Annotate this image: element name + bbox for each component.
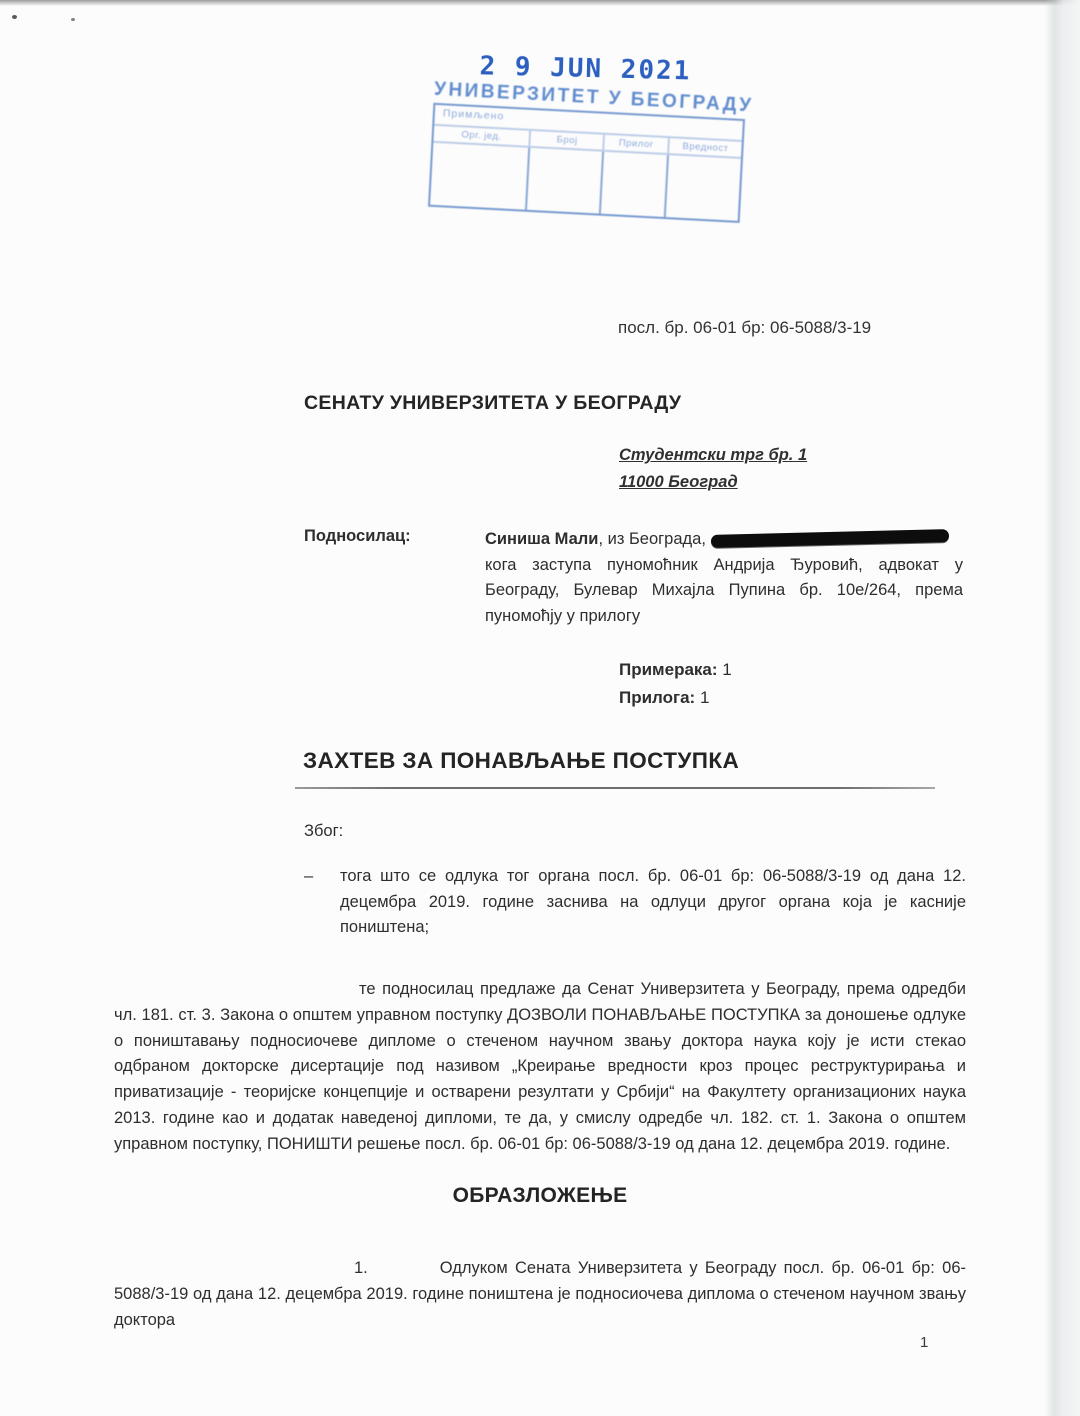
attachments-line: Прилога: 1 [619,688,709,708]
address-line-2: 11000 Београд [619,469,807,496]
reason-bullet: – тога што се одлука тог органа посл. бр… [304,864,966,941]
request-title: ЗАХТЕВ ЗА ПОНАВЉАЊЕ ПОСТУПКА [303,748,739,774]
scan-speck [71,18,75,21]
submitter-label: Подносилац: [304,527,411,546]
title-underline [295,787,935,789]
attachments-label: Прилога: [619,688,695,707]
copies-value: 1 [722,660,731,679]
item-number: 1. [354,1259,368,1277]
scan-right-edge-shadow [1044,0,1080,1416]
stamp-table: Примљено Орг. јед. Број Прилог Вредност [428,103,745,223]
recipient-address: Студентски трг бр. 1 11000 Београд [619,442,807,496]
scanned-document-page: 2 9 JUN 2021 УНИВЕРЗИТЕТ У БЕОГРАДУ Прим… [0,0,1080,1416]
rationale-heading: ОБРАЗЛОЖЕЊЕ [114,1184,966,1208]
proposal-paragraph: те подносилац предлаже да Сенат Универзи… [114,977,966,1158]
scan-speck [12,15,17,19]
copies-line: Примерака: 1 [619,660,732,680]
attachments-value: 1 [700,688,709,707]
item-text: Одлуком Сената Универзитета у Београду п… [114,1259,966,1329]
copies-label: Примерака: [619,660,718,679]
page-number: 1 [920,1334,928,1351]
rationale-item-1: 1.Одлуком Сената Универзитета у Београду… [114,1255,966,1333]
submitter-name-line: Синиша Мали, из Београда, [485,527,963,553]
reason-bullet-text: тога што се одлука тог органа посл. бр. … [340,864,966,941]
scan-top-edge [0,0,1080,6]
redaction-bar [710,529,948,548]
recipient-title: СЕНАТУ УНИВЕРЗИТЕТА У БЕОГРАДУ [304,392,681,415]
submitter-body: Синиша Мали, из Београда, кога заступа п… [485,527,963,629]
bullet-dash: – [304,864,340,941]
submitter-name: Синиша Мали [485,530,598,548]
receipt-stamp: 2 9 JUN 2021 УНИВЕРЗИТЕТ У БЕОГРАДУ Прим… [428,46,752,223]
address-line-1: Студентски трг бр. 1 [619,442,807,469]
stamp-col-prilog: Прилог [602,135,667,155]
reference-number: посл. бр. 06-01 бр: 06-5088/3-19 [618,318,871,338]
submitter-after-name: , из Београда, [598,530,705,548]
submitter-details: кога заступа пуномоћник Андрија Ђуровић,… [485,553,963,630]
because-label: Због: [304,822,343,841]
